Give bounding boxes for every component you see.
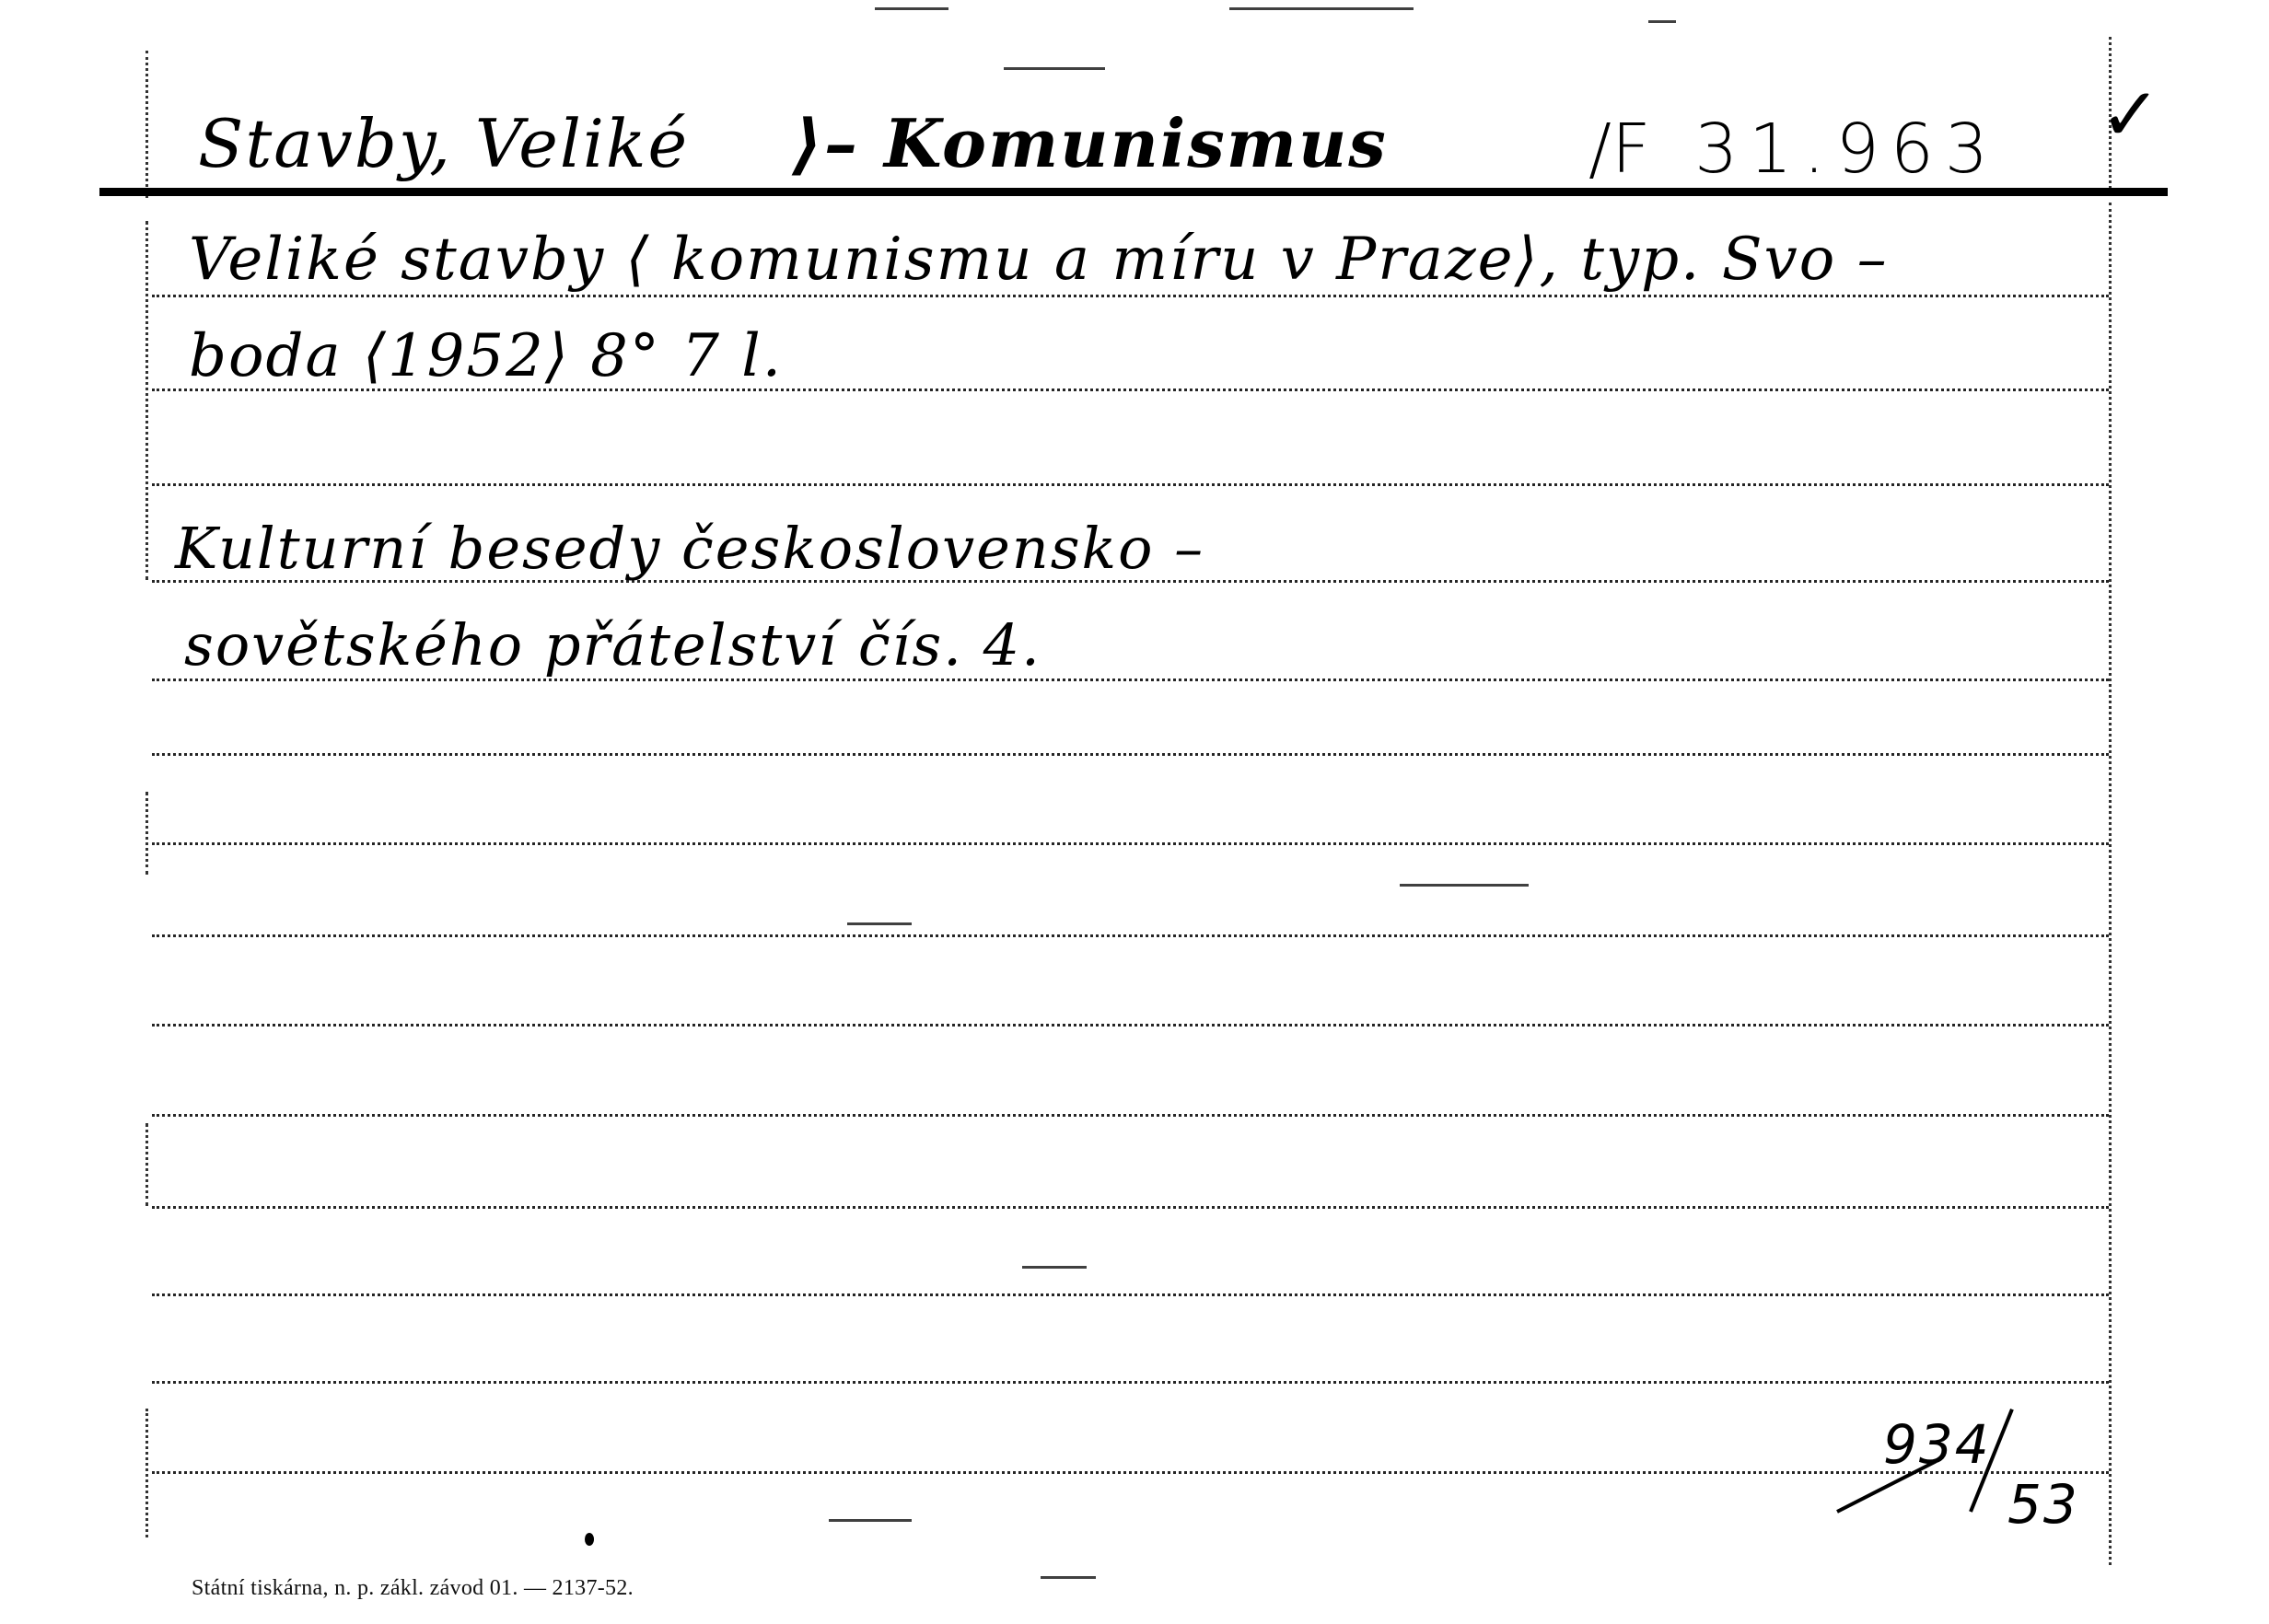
series-note-line-2: sovětského přátelství čís. 4.	[184, 617, 1041, 674]
scan-speck	[1648, 20, 1676, 23]
accession-number: 934	[1883, 1418, 1991, 1471]
scan-speck	[847, 922, 912, 925]
subject-heading: Stavby, Veliké	[198, 110, 689, 177]
ruled-line	[152, 934, 2109, 937]
scan-speck	[829, 1519, 912, 1522]
left-border	[145, 1123, 148, 1206]
catalog-card: Stavby, Veliké ⟩– Komunismus / F 31.963 …	[0, 0, 2269, 1624]
check-mark-icon: ✓	[2100, 78, 2161, 152]
ruled-line	[152, 1024, 2109, 1027]
heading-rule	[99, 188, 2168, 196]
call-number: F 31.963	[1612, 115, 1999, 183]
ruled-line	[152, 1293, 2109, 1296]
subject-subdivision: ⟩– Komunismus	[792, 110, 1388, 177]
title-entry-line-2: boda ⟨1952⟩ 8° 7 l.	[189, 327, 783, 386]
ruled-line	[152, 483, 2109, 486]
ruled-line	[152, 842, 2109, 845]
accession-year: 53	[2007, 1478, 2079, 1531]
left-border	[145, 1409, 148, 1537]
right-border	[2109, 203, 2112, 1565]
left-border	[145, 792, 148, 875]
printer-imprint: Státní tiskárna, n. p. zákl. závod 01. —…	[192, 1576, 634, 1601]
ruled-line	[152, 1381, 2109, 1384]
scan-speck	[1004, 67, 1105, 70]
title-entry-line-1: Veliké stavby ⟨ komunismu a míru v Praze…	[189, 230, 1889, 289]
ruled-line	[152, 1471, 2109, 1474]
ruled-line	[152, 1114, 2109, 1117]
ruled-line	[152, 295, 2109, 297]
ruled-line	[152, 1206, 2109, 1209]
scan-speck	[1229, 7, 1414, 10]
scan-speck	[875, 7, 948, 10]
left-border	[145, 221, 148, 580]
ruled-line	[152, 753, 2109, 756]
ruled-line	[152, 679, 2109, 681]
series-note-line-1: Kulturní besedy československo –	[175, 520, 1204, 577]
scan-speck	[1022, 1266, 1087, 1269]
scan-speck	[1041, 1576, 1096, 1579]
scan-speck	[1400, 884, 1529, 887]
ink-blot	[585, 1533, 594, 1546]
left-border	[145, 51, 148, 198]
